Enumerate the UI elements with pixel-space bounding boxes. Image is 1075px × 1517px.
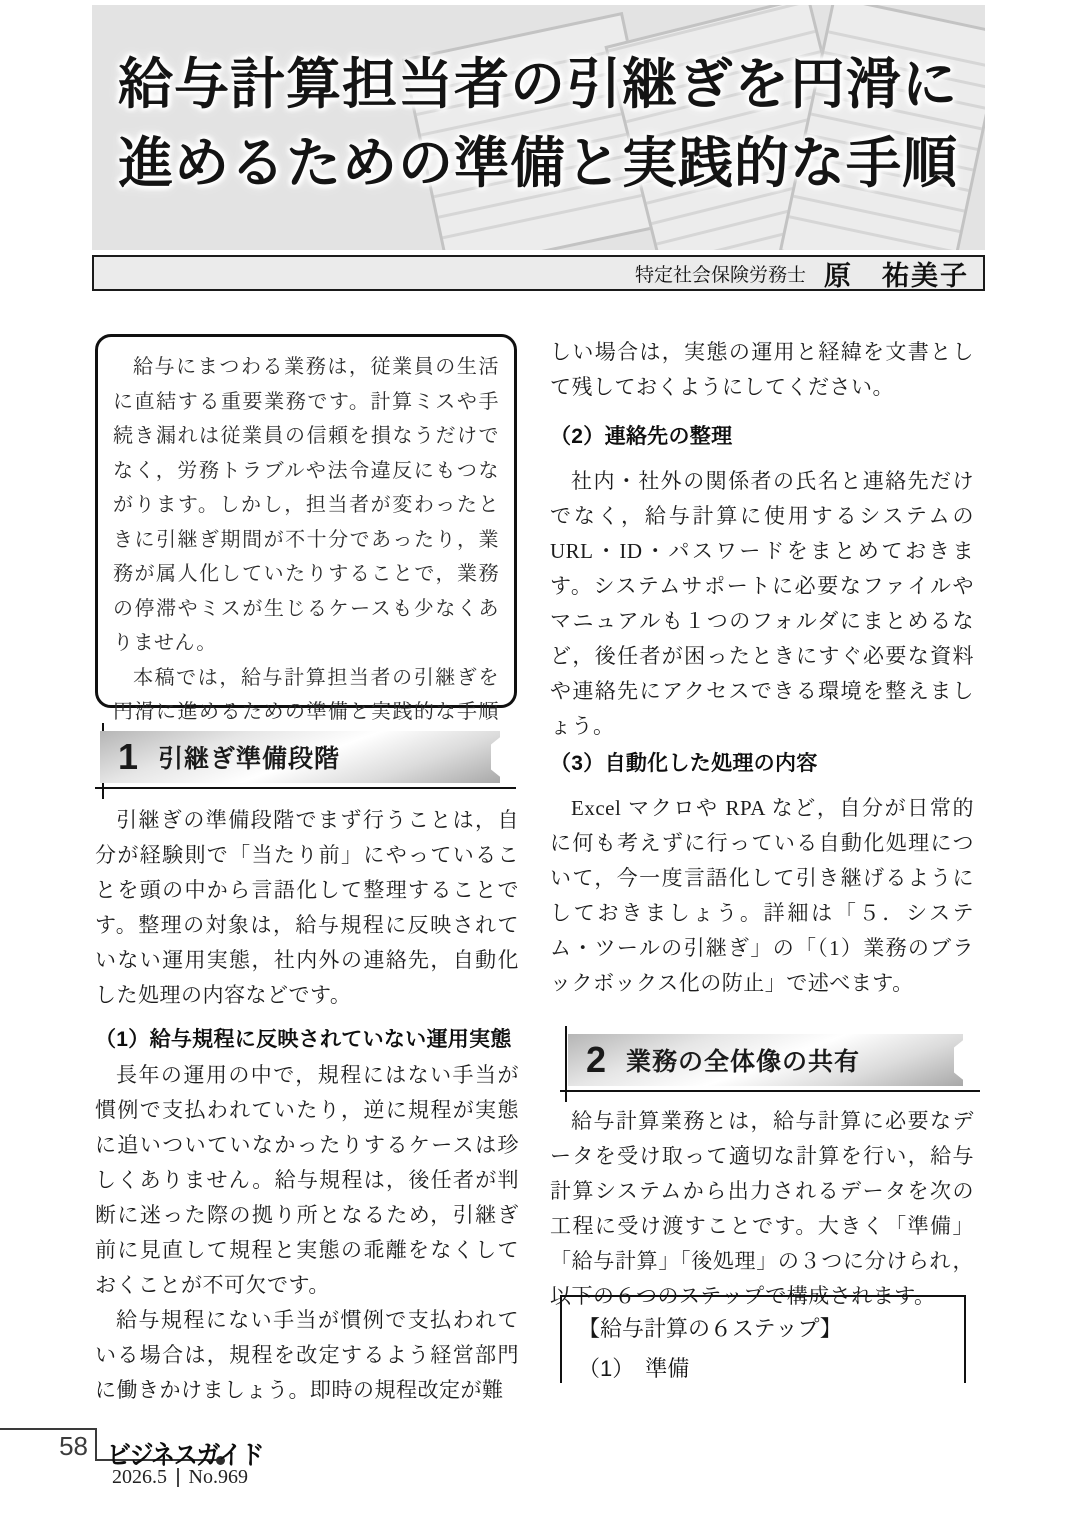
article-title-line1: 給与計算担当者の引継ぎを円滑に xyxy=(118,45,978,124)
issue-number: No.969 xyxy=(189,1466,248,1489)
footer-rule-vertical xyxy=(95,1428,97,1461)
author-name: 原 祐美子 xyxy=(824,254,969,293)
section1-body: 引継ぎの準備段階でまず行うことは，自分が経験則で「当たり前」にやっていることを頭… xyxy=(95,803,519,1013)
subsection2-heading-text: （2）連絡先の整理 xyxy=(550,425,732,448)
body-paragraph: 給与計算業務とは，給与計算に必要なデータを受け取って適切な計算を行い，給与計算シ… xyxy=(550,1104,974,1314)
page-number: 58 xyxy=(40,1431,88,1462)
section1-underline xyxy=(95,787,516,789)
section2-number: 2 xyxy=(586,1039,606,1081)
body-paragraph: しい場合は，実態の運用と経緯を文書として残しておくようにしてください。 xyxy=(550,335,974,405)
body-paragraph: 社内・社外の関係者の氏名と連絡先だけでなく，給与計算に使用するシステムの URL… xyxy=(550,464,974,744)
subsection3-heading-text: （3）自動化した処理の内容 xyxy=(550,752,818,775)
subsection1-heading-strong: 運用実態 xyxy=(426,1028,511,1051)
issue-divider xyxy=(177,1468,179,1487)
body-paragraph: 引継ぎの準備段階でまず行うことは，自分が経験則で「当たり前」にやっていることを頭… xyxy=(95,803,519,1013)
magazine-page: 給与計算担当者の引継ぎを円滑に 進めるための準備と実践的な手順 特定社会保険労務… xyxy=(0,0,1075,1517)
article-title: 給与計算担当者の引継ぎを円滑に 進めるための準備と実践的な手順 xyxy=(118,45,978,203)
intro-box: 給与にまつわる業務は，従業員の生活に直結する重要業務です。計算ミスや手続き漏れは… xyxy=(95,334,517,708)
subsection1-body: 長年の運用の中で，規程にはない手当が慣例で支払われていたり，逆に規程が実態に追い… xyxy=(95,1058,519,1408)
section1-number: 1 xyxy=(118,736,138,778)
body-paragraph: 長年の運用の中で，規程にはない手当が慣例で支払われていたり，逆に規程が実態に追い… xyxy=(95,1058,519,1303)
section2-underline xyxy=(560,1090,980,1092)
section2-body: 給与計算業務とは，給与計算に必要なデータを受け取って適切な計算を行い，給与計算シ… xyxy=(550,1104,974,1314)
subsection1-heading-plain: （1）給与規程に反映されていない xyxy=(95,1028,426,1051)
body-paragraph: Excel マクロや RPA など，自分が日常的に何も考えずに行っている自動化処… xyxy=(550,791,974,1001)
six-steps-box: 【給与計算の６ステップ】 （1） 準備 xyxy=(560,1295,966,1383)
issue-date: 2026.5 xyxy=(112,1466,167,1489)
body-paragraph: 給与規程にない手当が慣例で支払われている場合は，規程を改定するよう経営部門に働き… xyxy=(95,1303,519,1408)
six-steps-box-item: （1） 準備 xyxy=(578,1349,948,1389)
subsection3-heading: （3）自動化した処理の内容 xyxy=(550,747,980,777)
intro-paragraph: 給与にまつわる業務は，従業員の生活に直結する重要業務です。計算ミスや手続き漏れは… xyxy=(113,350,499,661)
footer-rule-top xyxy=(0,1428,97,1430)
subsection2-heading: （2）連絡先の整理 xyxy=(550,420,980,450)
six-steps-box-title: 【給与計算の６ステップ】 xyxy=(578,1309,948,1349)
author-bar: 特定社会保険労務士 原 祐美子 xyxy=(92,255,985,291)
section1-title: 引継ぎ準備段階 xyxy=(158,739,340,775)
subsection1-body-continued: しい場合は，実態の運用と経緯を文書として残しておくようにしてください。 xyxy=(550,335,974,405)
article-title-line2: 進めるための準備と実践的な手順 xyxy=(118,124,978,203)
section2-title: 業務の全体像の共有 xyxy=(626,1042,860,1078)
subsection3-body: Excel マクロや RPA など，自分が日常的に何も考えずに行っている自動化処… xyxy=(550,791,974,1001)
issue-info: 2026.5 No.969 xyxy=(112,1466,248,1489)
section1-heading: 1 引継ぎ準備段階 xyxy=(100,731,500,783)
subsection2-body: 社内・社外の関係者の氏名と連絡先だけでなく，給与計算に使用するシステムの URL… xyxy=(550,464,974,744)
author-role: 特定社会保険労務士 xyxy=(635,260,806,287)
section2-heading: 2 業務の全体像の共有 xyxy=(568,1034,963,1086)
title-block: 給与計算担当者の引継ぎを円滑に 進めるための準備と実践的な手順 xyxy=(92,5,985,250)
subsection1-heading: （1）給与規程に反映されていない運用実態 xyxy=(95,1023,525,1053)
